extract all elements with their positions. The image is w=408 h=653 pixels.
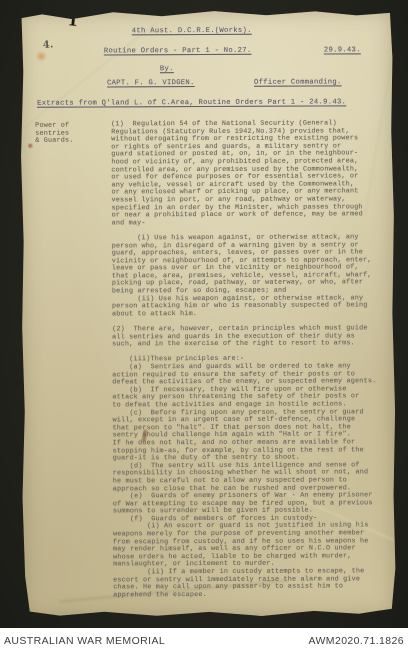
scan-background: 1 4. 4th Aust. D.C.R.E.(Works). Routine … [0, 0, 408, 653]
paper-crease [24, 20, 159, 127]
unit-title: 4th Aust. D.C.R.E.(Works). [132, 27, 252, 36]
orders-title: Routine Orders - Part 1 - No.27. [104, 47, 252, 56]
handwritten-page-number: 1 [67, 11, 79, 30]
extract-heading: Extracts from Q'land L. of C.Area, Routi… [37, 98, 346, 107]
handwritten-margin-mark: 4. [42, 39, 53, 51]
paper-stain [35, 52, 48, 61]
order-date: 29.9.43. [324, 46, 361, 54]
archive-name-label: AUSTRALIAN WAR MEMORIAL [4, 635, 165, 647]
accession-number: AWM2020.71.1826 [308, 635, 404, 647]
order-body-text: (1) Regulation 54 of the National Securi… [111, 120, 405, 600]
document-page: 1 4. 4th Aust. D.C.R.E.(Works). Routine … [20, 9, 397, 619]
margin-subject-label: Power of sentries & Guards. [35, 122, 105, 145]
officer-name: CAPT. F. G. VIDGEN. [107, 79, 195, 87]
by-line: By. [160, 65, 174, 73]
paper-stain [27, 143, 33, 149]
officer-title: Officer Commanding. [254, 78, 342, 86]
archive-caption-bar: AUSTRALIAN WAR MEMORIAL AWM2020.71.1826 [0, 628, 408, 653]
